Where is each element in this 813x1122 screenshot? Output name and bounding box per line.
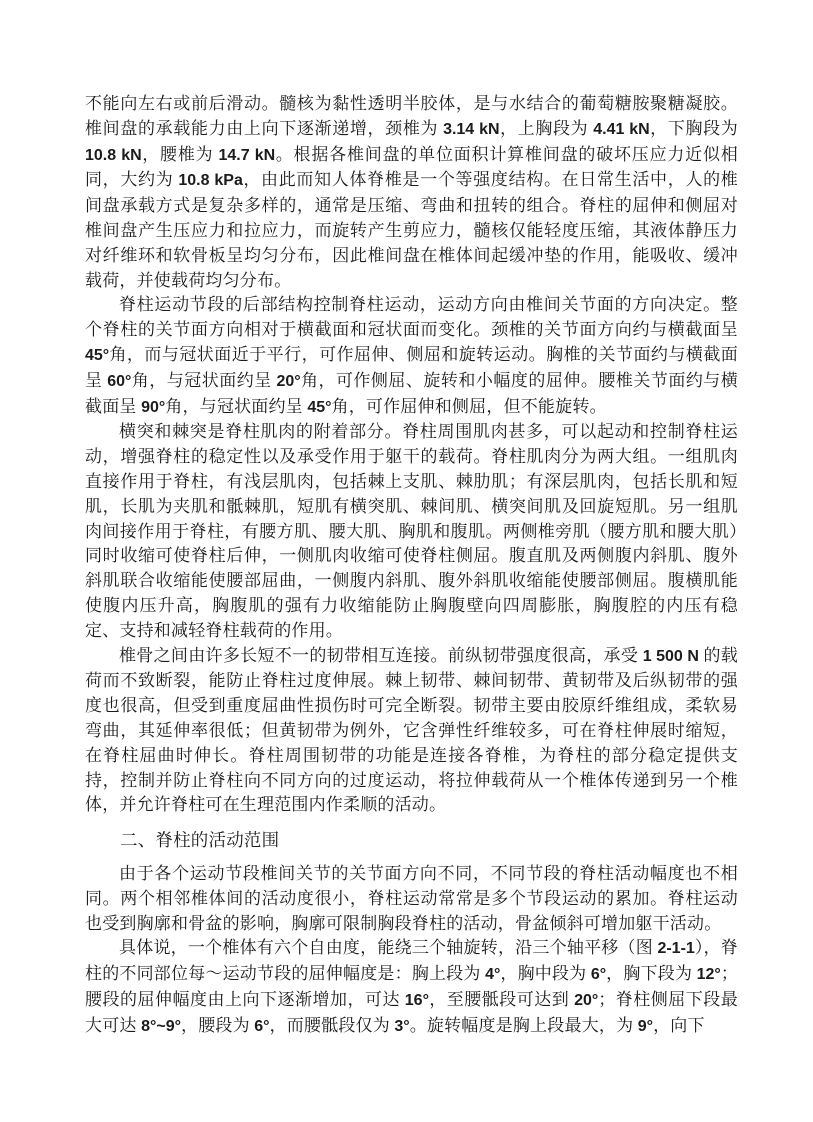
emphasized-value: 1 500 N <box>643 648 699 665</box>
emphasized-value: 45° <box>85 347 109 364</box>
text-run: 。旋转幅度是胸上段最大，为 <box>410 1016 638 1035</box>
text-run: ，下胸段为 <box>650 119 738 138</box>
text-run: 角，可作屈伸和侧屈，但不能旋转。 <box>332 397 607 416</box>
emphasized-value: 9° <box>638 1018 653 1035</box>
emphasized-value: 8°~9° <box>141 1018 181 1035</box>
emphasized-value: 20° <box>276 373 300 390</box>
emphasized-value: 6° <box>254 1018 269 1035</box>
emphasized-value: 45° <box>307 399 331 416</box>
text-run: ，至腰骶段可达到 <box>429 990 574 1009</box>
paragraph: 横突和棘突是脊柱肌肉的附着部分。脊柱周围肌肉甚多，可以起动和控制脊柱运动，增强脊… <box>85 420 738 643</box>
text-run: 椎骨之间由许多长短不一的韧带相互连接。前纵韧带强度很高，承受 <box>119 646 643 665</box>
text-run: 具体说，一个椎体有六个自由度，能绕三个轴旋转，沿三个轴平移（图 <box>119 938 657 957</box>
section-heading: 二、脊柱的活动范围 <box>85 828 738 853</box>
text-run: ，胸中段为 <box>500 964 590 983</box>
paragraph: 不能向左右或前后滑动。髓核为黏性透明半胶体，是与水结合的葡萄糖胺聚糖凝胶。椎间盘… <box>85 92 738 293</box>
emphasized-value: 10.8 kPa <box>178 172 243 189</box>
emphasized-value: 20° <box>574 992 598 1009</box>
text-block: 不能向左右或前后滑动。髓核为黏性透明半胶体，是与水结合的葡萄糖胺聚糖凝胶。椎间盘… <box>85 92 738 1039</box>
text-run: 角，与冠状面约呈 <box>131 371 276 390</box>
emphasized-value: 3° <box>394 1018 409 1035</box>
emphasized-value: 10.8 kN <box>85 147 142 164</box>
text-run: ，上胸段为 <box>500 119 594 138</box>
text-run: ，腰段为 <box>181 1016 254 1035</box>
text-run: 的载荷而不致断裂，能防止脊柱过度伸展。棘上韧带、棘间韧带、黄韧带及后纵韧带的强度… <box>85 646 738 815</box>
emphasized-value: 2-1-1 <box>657 940 694 957</box>
emphasized-value: 14.7 kN <box>219 147 276 164</box>
text-run: ，而腰骶段仅为 <box>270 1016 395 1035</box>
text-run: 脊柱运动节段的后部结构控制脊柱运动，运动方向由椎间关节面的方向决定。整个脊柱的关… <box>85 295 738 339</box>
text-run: ，腰椎为 <box>142 145 219 164</box>
emphasized-value: 90° <box>141 399 165 416</box>
emphasized-value: 6° <box>591 966 606 983</box>
paragraph: 脊柱运动节段的后部结构控制脊柱运动，运动方向由椎间关节面的方向决定。整个脊柱的关… <box>85 293 738 420</box>
paragraph: 椎骨之间由许多长短不一的韧带相互连接。前纵韧带强度很高，承受 1 500 N 的… <box>85 644 738 819</box>
paragraph: 由于各个运动节段椎间关节的关节面方向不同，不同节段的脊柱活动幅度也不相同。两个相… <box>85 862 738 936</box>
paragraph: 具体说，一个椎体有六个自由度，能绕三个轴旋转，沿三个轴平移（图 2-1-1），脊… <box>85 936 738 1039</box>
text-run: 横突和棘突是脊柱肌肉的附着部分。脊柱周围肌肉甚多，可以起动和控制脊柱运动，增强脊… <box>85 422 738 639</box>
text-run: ，向下 <box>653 1016 705 1035</box>
text-run: 二、脊柱的活动范围 <box>120 830 279 850</box>
emphasized-value: 60° <box>107 373 131 390</box>
emphasized-value: 4.41 kN <box>593 121 650 138</box>
emphasized-value: 3.14 kN <box>443 121 500 138</box>
text-run: 由于各个运动节段椎间关节的关节面方向不同，不同节段的脊柱活动幅度也不相同。两个相… <box>85 864 738 933</box>
emphasized-value: 16° <box>405 992 429 1009</box>
text-run: ，胸下段为 <box>606 964 696 983</box>
emphasized-value: 12° <box>697 966 721 983</box>
text-run: 角，与冠状面约呈 <box>165 397 307 416</box>
scanned-book-page: 不能向左右或前后滑动。髓核为黏性透明半胶体，是与水结合的葡萄糖胺聚糖凝胶。椎间盘… <box>0 0 813 1122</box>
emphasized-value: 4° <box>485 966 500 983</box>
